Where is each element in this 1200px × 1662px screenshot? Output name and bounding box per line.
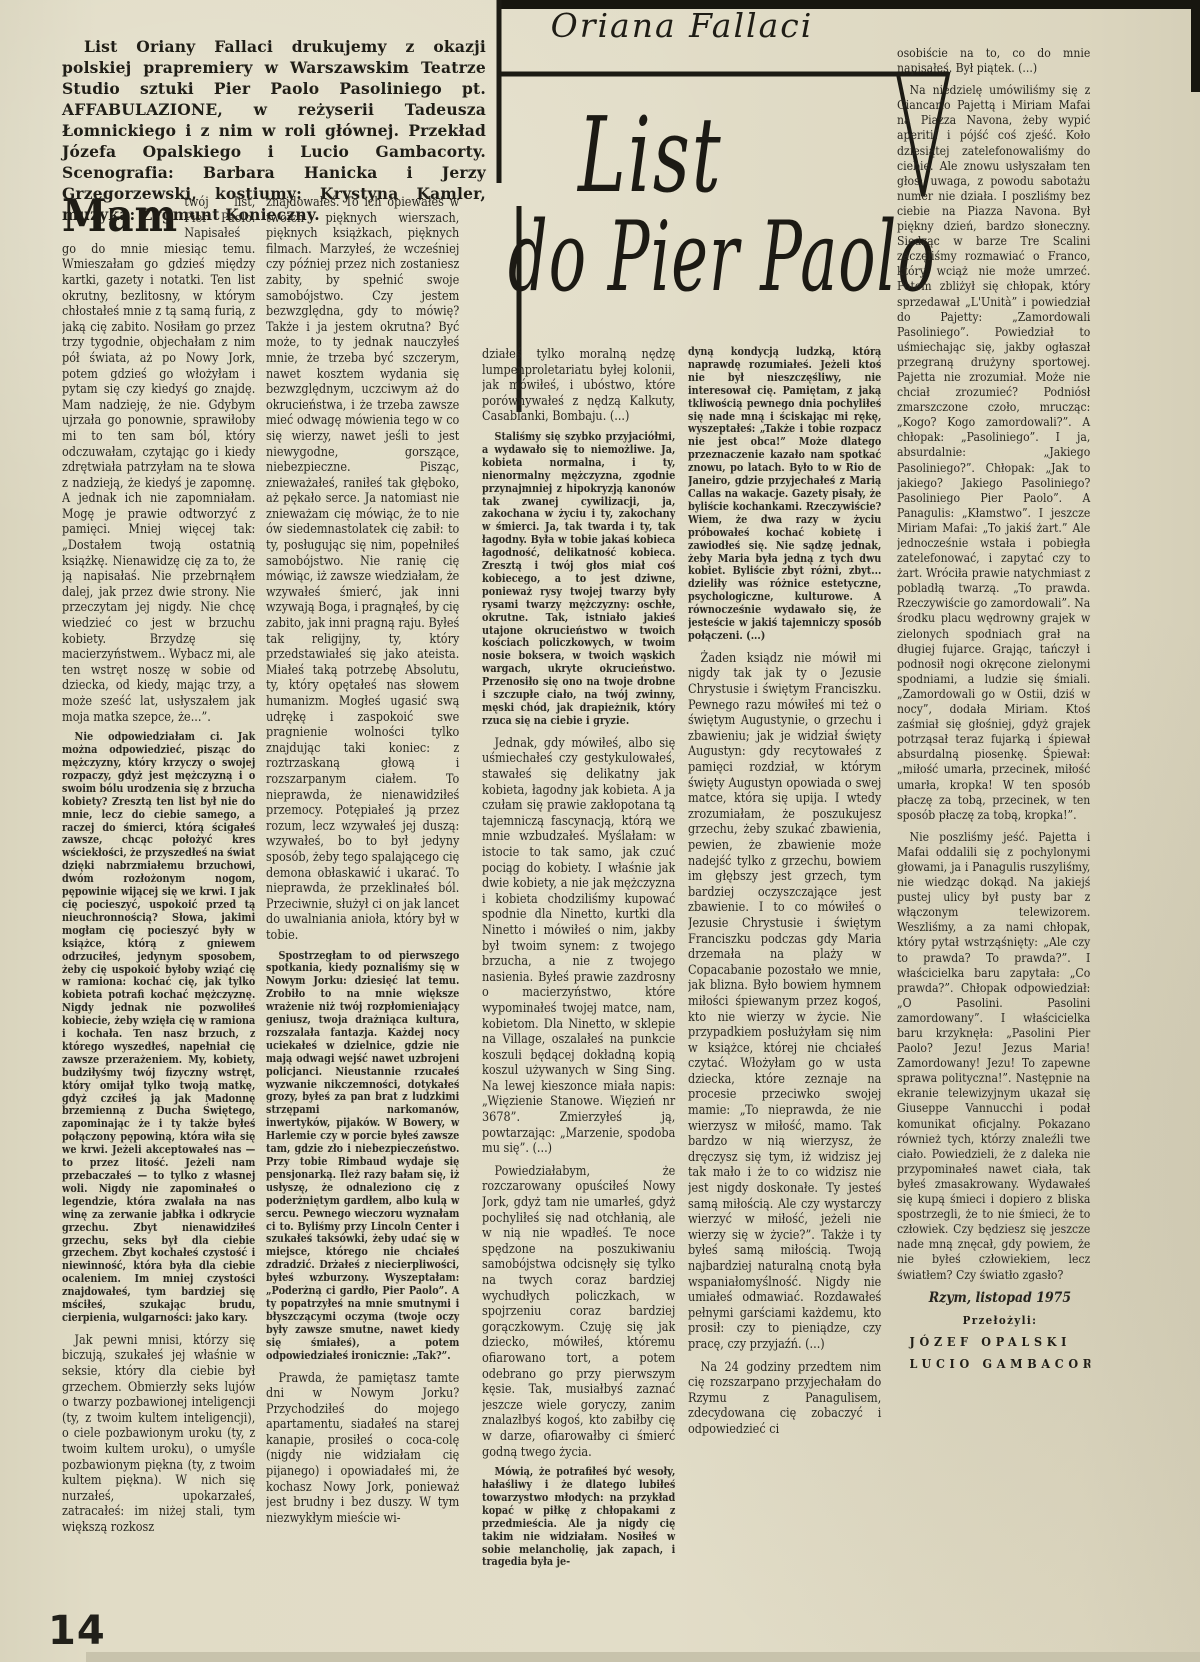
text-column-5: osobiście na to, co do mnie napisałeś. B…	[897, 46, 1090, 1652]
dateline: Rzym, listopad 1975	[897, 1290, 1090, 1306]
article-paragraph: Prawda, że pamiętasz tamte dni w Nowym J…	[266, 1370, 459, 1526]
text-column-3: działeś tylko moralną nędzę lumpenprolet…	[482, 346, 675, 1646]
text-column-2: znajdowałeś. To ich opiewałeś w twoich p…	[266, 194, 459, 1646]
translator-name: LUCIO GAMBACORTA	[897, 1356, 1090, 1371]
paragraph-text: twój list, Pier Paolo. Napisałeś go do m…	[62, 194, 255, 724]
article-paragraph: Spostrzegłam to od pierwszego spotkania,…	[266, 950, 459, 1363]
magazine-page: List Oriany Fallaci drukujemy z okazji p…	[0, 0, 1200, 1662]
page-number: 14	[48, 1608, 106, 1654]
article-paragraph: Staliśmy się szybko przyjaciółmi, a wyda…	[482, 431, 675, 728]
text-column-4: dyną kondycją ludzką, którą naprawdę roz…	[688, 346, 881, 1646]
article-paragraph: Żaden ksiądz nie mówił mi nigdy tak jak …	[688, 650, 881, 1352]
author-script: Oriana Fallaci	[492, 6, 872, 45]
article-paragraph: dyną kondycją ludzką, którą naprawdę roz…	[688, 346, 881, 643]
article-paragraph: Mamtwój list, Pier Paolo. Napisałeś go d…	[62, 194, 255, 724]
article-paragraph: osobiście na to, co do mnie napisałeś. B…	[897, 46, 1090, 76]
article-paragraph: Powiedziałabym, że rozczarowany opuściłe…	[482, 1163, 675, 1459]
drop-word: Mam	[62, 194, 184, 234]
article-paragraph: Nie odpowiedziałam ci. Jak można odpowie…	[62, 731, 255, 1325]
article-paragraph: Jak pewni mnisi, którzy się biczują, szu…	[62, 1332, 255, 1535]
article-paragraph: Jednak, gdy mówiłeś, albo się uśmiechałe…	[482, 735, 675, 1156]
text-column-1: Mamtwój list, Pier Paolo. Napisałeś go d…	[62, 194, 255, 1646]
article-paragraph: Na niedzielę umówiliśmy się z Giancarlo …	[897, 83, 1090, 823]
article-paragraph: Nie poszliśmy jeść. Pajetta i Mafai odda…	[897, 830, 1090, 1283]
article-paragraph: Mówią, że potrafiłeś być wesoły, hałaśli…	[482, 1466, 675, 1569]
translator-name: JÓZEF OPALSKI	[897, 1334, 1090, 1349]
scan-edge-bottom-strip	[86, 1652, 1200, 1662]
article-paragraph: znajdowałeś. To ich opiewałeś w twoich p…	[266, 194, 459, 943]
article-title-line1: List	[578, 94, 723, 216]
article-title-line2: do Pier Paolo	[508, 200, 936, 313]
article-paragraph: działeś tylko moralną nędzę lumpenprolet…	[482, 346, 675, 424]
scan-edge-right-strip	[1191, 0, 1200, 92]
article-paragraph: Na 24 godziny przedtem nim cię rozszarpa…	[688, 1359, 881, 1437]
translators-label: Przełożyli:	[897, 1313, 1090, 1327]
